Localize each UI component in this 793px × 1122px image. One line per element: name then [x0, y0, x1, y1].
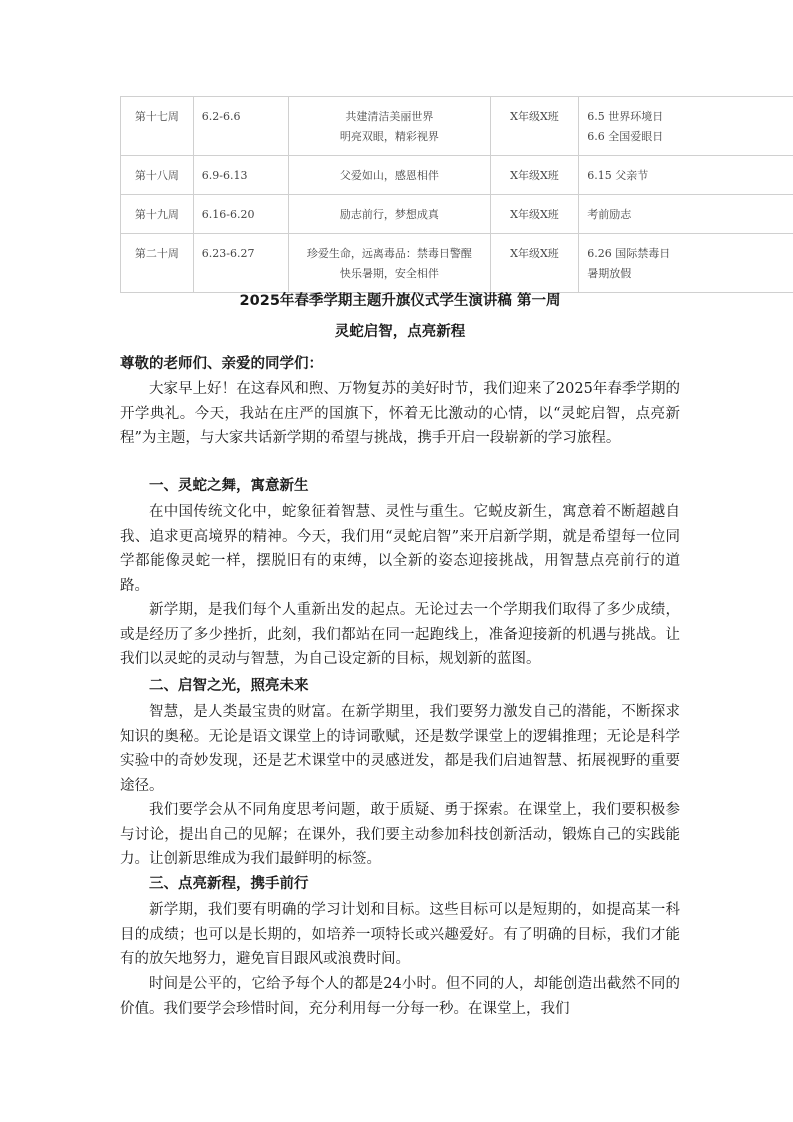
note-line: 6.15 父亲节	[587, 166, 785, 186]
document-title: 2025年春季学期主题升旗仪式学生演讲稿 第一周	[120, 291, 680, 311]
notes-cell: 6.15 父亲节	[579, 156, 793, 195]
note-line: 6.5 世界环境日	[587, 107, 785, 127]
body-paragraph: 时间是公平的，它给予每个人的都是24小时。但不同的人，却能创造出截然不同的价值。…	[120, 972, 680, 1021]
body-paragraph: 我们要学会从不同角度思考问题，敢于质疑、勇于探索。在课堂上，我们要积极参与讨论，…	[120, 798, 680, 872]
table-row: 第十八周 6.9-6.13 父爱如山，感恩相伴 X年级X班 6.15 父亲节	[121, 156, 793, 195]
body-paragraph: 新学期，我们要有明确的学习计划和目标。这些目标可以是短期的，如提高某一科目的成绩…	[120, 898, 680, 972]
week-cell: 第十八周	[121, 156, 194, 195]
note-line: 考前励志	[587, 205, 785, 225]
note-line: 6.6 全国爱眼日	[587, 127, 785, 147]
notes-cell: 6.5 世界环境日 6.6 全国爱眼日	[579, 97, 793, 156]
theme-line: 父爱如山，感恩相伴	[297, 166, 482, 186]
week-cell: 第十七周	[121, 97, 194, 156]
theme-line: 共建清洁美丽世界	[297, 107, 482, 127]
body-paragraph: 新学期，是我们每个人重新出发的起点。无论过去一个学期我们取得了多少成绩，或是经历…	[120, 598, 680, 672]
intro-paragraph: 大家早上好！在这春风和煦、万物复苏的美好时节，我们迎来了2025年春季学期的开学…	[120, 377, 680, 451]
notes-cell: 考前励志	[579, 195, 793, 234]
class-cell: X年级X班	[490, 97, 579, 156]
schedule-table: 第十七周 6.2-6.6 共建清洁美丽世界 明亮双眼，精彩视界 X年级X班 6.…	[120, 96, 793, 293]
date-cell: 6.9-6.13	[193, 156, 288, 195]
notes-cell: 6.26 国际禁毒日 暑期放假	[579, 234, 793, 293]
body-paragraph: 智慧，是人类最宝贵的财富。在新学期里，我们要努力激发自己的潜能，不断探求知识的奥…	[120, 700, 680, 798]
table-row: 第十七周 6.2-6.6 共建清洁美丽世界 明亮双眼，精彩视界 X年级X班 6.…	[121, 97, 793, 156]
theme-line: 珍爱生命，远离毒品：禁毒日警醒	[297, 244, 482, 264]
table-row: 第二十周 6.23-6.27 珍爱生命，远离毒品：禁毒日警醒 快乐暑期，安全相伴…	[121, 234, 793, 293]
theme-line: 快乐暑期，安全相伴	[297, 264, 482, 284]
date-cell: 6.16-6.20	[193, 195, 288, 234]
class-cell: X年级X班	[490, 156, 579, 195]
document-subtitle: 灵蛇启智，点亮新程	[120, 322, 680, 342]
table-row: 第十九周 6.16-6.20 励志前行，梦想成真 X年级X班 考前励志	[121, 195, 793, 234]
body-paragraph: 在中国传统文化中，蛇象征着智慧、灵性与重生。它蜕皮新生，寓意着不断超越自我、追求…	[120, 500, 680, 598]
theme-cell: 共建清洁美丽世界 明亮双眼，精彩视界	[289, 97, 491, 156]
note-line: 暑期放假	[587, 264, 785, 284]
class-cell: X年级X班	[490, 234, 579, 293]
class-cell: X年级X班	[490, 195, 579, 234]
theme-cell: 励志前行，梦想成真	[289, 195, 491, 234]
note-line: 6.26 国际禁毒日	[587, 244, 785, 264]
date-cell: 6.2-6.6	[193, 97, 288, 156]
theme-cell: 父爱如山，感恩相伴	[289, 156, 491, 195]
theme-cell: 珍爱生命，远离毒品：禁毒日警醒 快乐暑期，安全相伴	[289, 234, 491, 293]
section-heading: 一、灵蛇之舞，寓意新生	[149, 474, 309, 495]
week-cell: 第二十周	[121, 234, 194, 293]
theme-line: 励志前行，梦想成真	[297, 205, 482, 225]
section-heading: 二、启智之光，照亮未来	[149, 674, 309, 695]
date-cell: 6.23-6.27	[193, 234, 288, 293]
section-heading: 三、点亮新程，携手前行	[149, 872, 309, 893]
theme-line: 明亮双眼，精彩视界	[297, 127, 482, 147]
week-cell: 第十九周	[121, 195, 194, 234]
greeting: 尊敬的老师们、亲爱的同学们：	[120, 352, 323, 373]
